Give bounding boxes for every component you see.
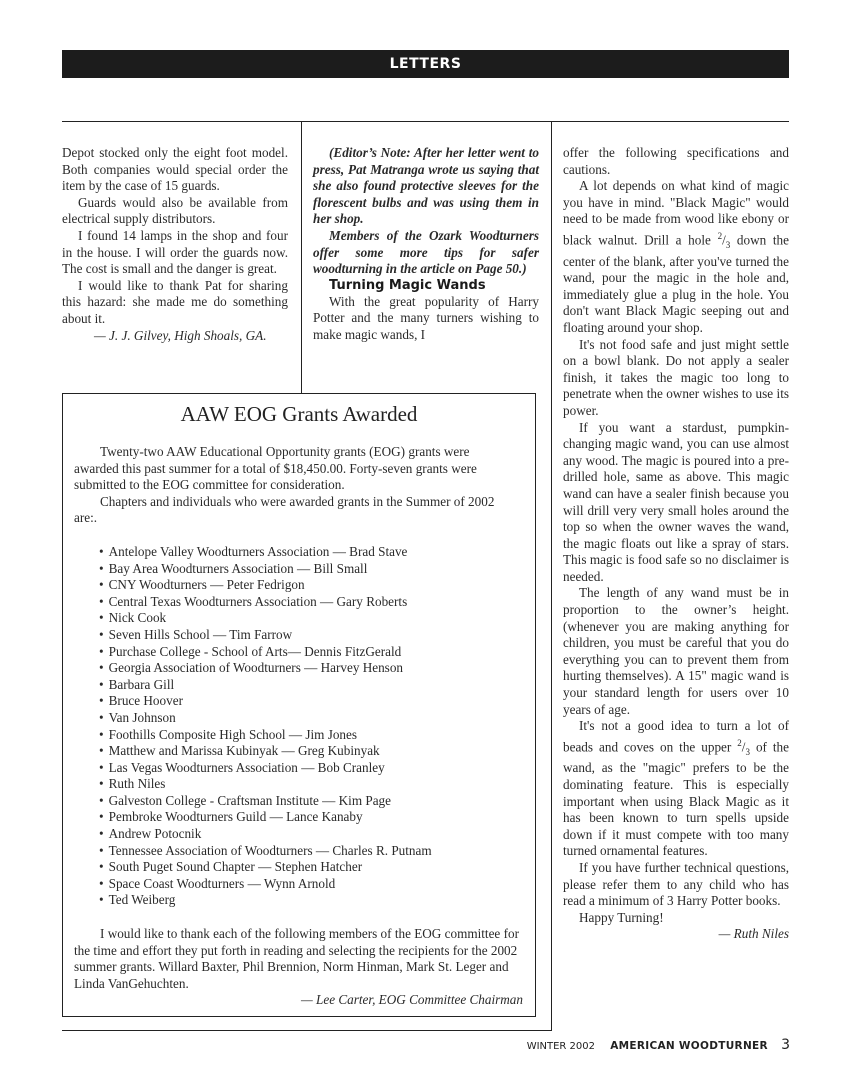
section-header-bar: LETTERS [62,50,789,78]
list-item: Antelope Valley Woodturners Association … [99,544,535,561]
paragraph: I would like to thank Pat for sharing th… [62,278,288,328]
fraction-numerator: 2 [718,231,723,241]
list-item: Central Texas Woodturners Association — … [99,594,535,611]
paragraph: I found 14 lamps in the shop and four in… [62,228,288,278]
list-item: Purchase College - School of Arts— Denni… [99,644,535,661]
letter-column-1: Depot stocked only the eight foot model.… [62,145,288,344]
list-item: CNY Woodturners — Peter Fedrigon [99,577,535,594]
text: of the wand, as the "magic" prefers to b… [563,739,789,858]
list-item: Tennessee Association of Woodturners — C… [99,843,535,860]
fraction-denominator: 3 [745,747,750,757]
list-item: Space Coast Woodturners — Wynn Arnold [99,876,535,893]
box-intro: Twenty-two AAW Educational Opportunity g… [74,444,517,527]
paragraph: Twenty-two AAW Educational Opportunity g… [74,444,517,494]
paragraph: The length of any wand must be in propor… [563,585,789,718]
fraction-numerator: 2 [737,738,742,748]
top-rule [62,121,789,122]
list-item: Foothills Composite High School — Jim Jo… [99,727,535,744]
paragraph: If you have further technical questions,… [563,860,789,910]
letter-column-3: offer the following specifications and c… [563,145,789,943]
paragraph: It's not a good idea to turn a lot of be… [563,718,789,860]
list-item: Barbara Gill [99,677,535,694]
editors-note: (Editor’s Note: After her letter went to… [313,145,539,228]
box-thanks: I would like to thank each of the follow… [74,926,523,1009]
paragraph: Chapters and individuals who were awarde… [74,494,517,527]
list-item: Georgia Association of Woodturners — Har… [99,660,535,677]
letter-column-2: (Editor’s Note: After her letter went to… [313,145,539,344]
column-divider-1 [301,121,302,393]
box-title: AAW EOG Grants Awarded [63,402,535,426]
list-item: Seven Hills School — Tim Farrow [99,627,535,644]
issue-date: WINTER 2002 [527,1041,595,1052]
paragraph: It's not food safe and just might settle… [563,337,789,420]
list-item: Pembroke Woodturners Guild — Lance Kanab… [99,809,535,826]
paragraph: Happy Turning! [563,910,789,927]
magazine-name: AMERICAN WOODTURNER [610,1040,768,1052]
paragraph: With the great popularity of Harry Potte… [313,294,539,344]
list-item: Van Johnson [99,710,535,727]
column-divider-2 [551,121,552,1031]
page-footer: WINTER 2002 AMERICAN WOODTURNER 3 [527,1037,790,1053]
list-item: Ted Weiberg [99,892,535,909]
list-item: Bruce Hoover [99,693,535,710]
list-item: Matthew and Marissa Kubinyak — Greg Kubi… [99,743,535,760]
article-subhead: Turning Magic Wands [313,278,539,294]
paragraph: Guards would also be available from elec… [62,195,288,228]
editors-note: Members of the Ozark Woodturners offer s… [313,228,539,278]
section-title: LETTERS [390,56,462,72]
paragraph: offer the following specifications and c… [563,145,789,178]
article-signature: — Ruth Niles [563,926,789,943]
recipient-list: Antelope Valley Woodturners Association … [63,544,535,909]
text: down the center of the blank, after you'… [563,232,789,335]
list-item: Ruth Niles [99,776,535,793]
list-item: Nick Cook [99,610,535,627]
fraction-denominator: 3 [726,240,731,250]
letter-signature: — J. J. Gilvey, High Shoals, GA. [62,328,288,345]
paragraph: If you want a stardust, pumpkin-changing… [563,420,789,586]
list-item: Galveston College - Craftsman Institute … [99,793,535,810]
paragraph: A lot depends on what kind of magic you … [563,178,789,336]
list-item: Bay Area Woodturners Association — Bill … [99,561,535,578]
bottom-rule [62,1030,551,1031]
box-signature: — Lee Carter, EOG Committee Chairman [74,992,523,1009]
grants-sidebar-box: AAW EOG Grants Awarded Twenty-two AAW Ed… [62,393,536,1017]
page-number: 3 [781,1037,790,1053]
paragraph: I would like to thank each of the follow… [74,926,523,992]
paragraph: Depot stocked only the eight foot model.… [62,145,288,195]
list-item: South Puget Sound Chapter — Stephen Hatc… [99,859,535,876]
list-item: Las Vegas Woodturners Association — Bob … [99,760,535,777]
list-item: Andrew Potocnik [99,826,535,843]
